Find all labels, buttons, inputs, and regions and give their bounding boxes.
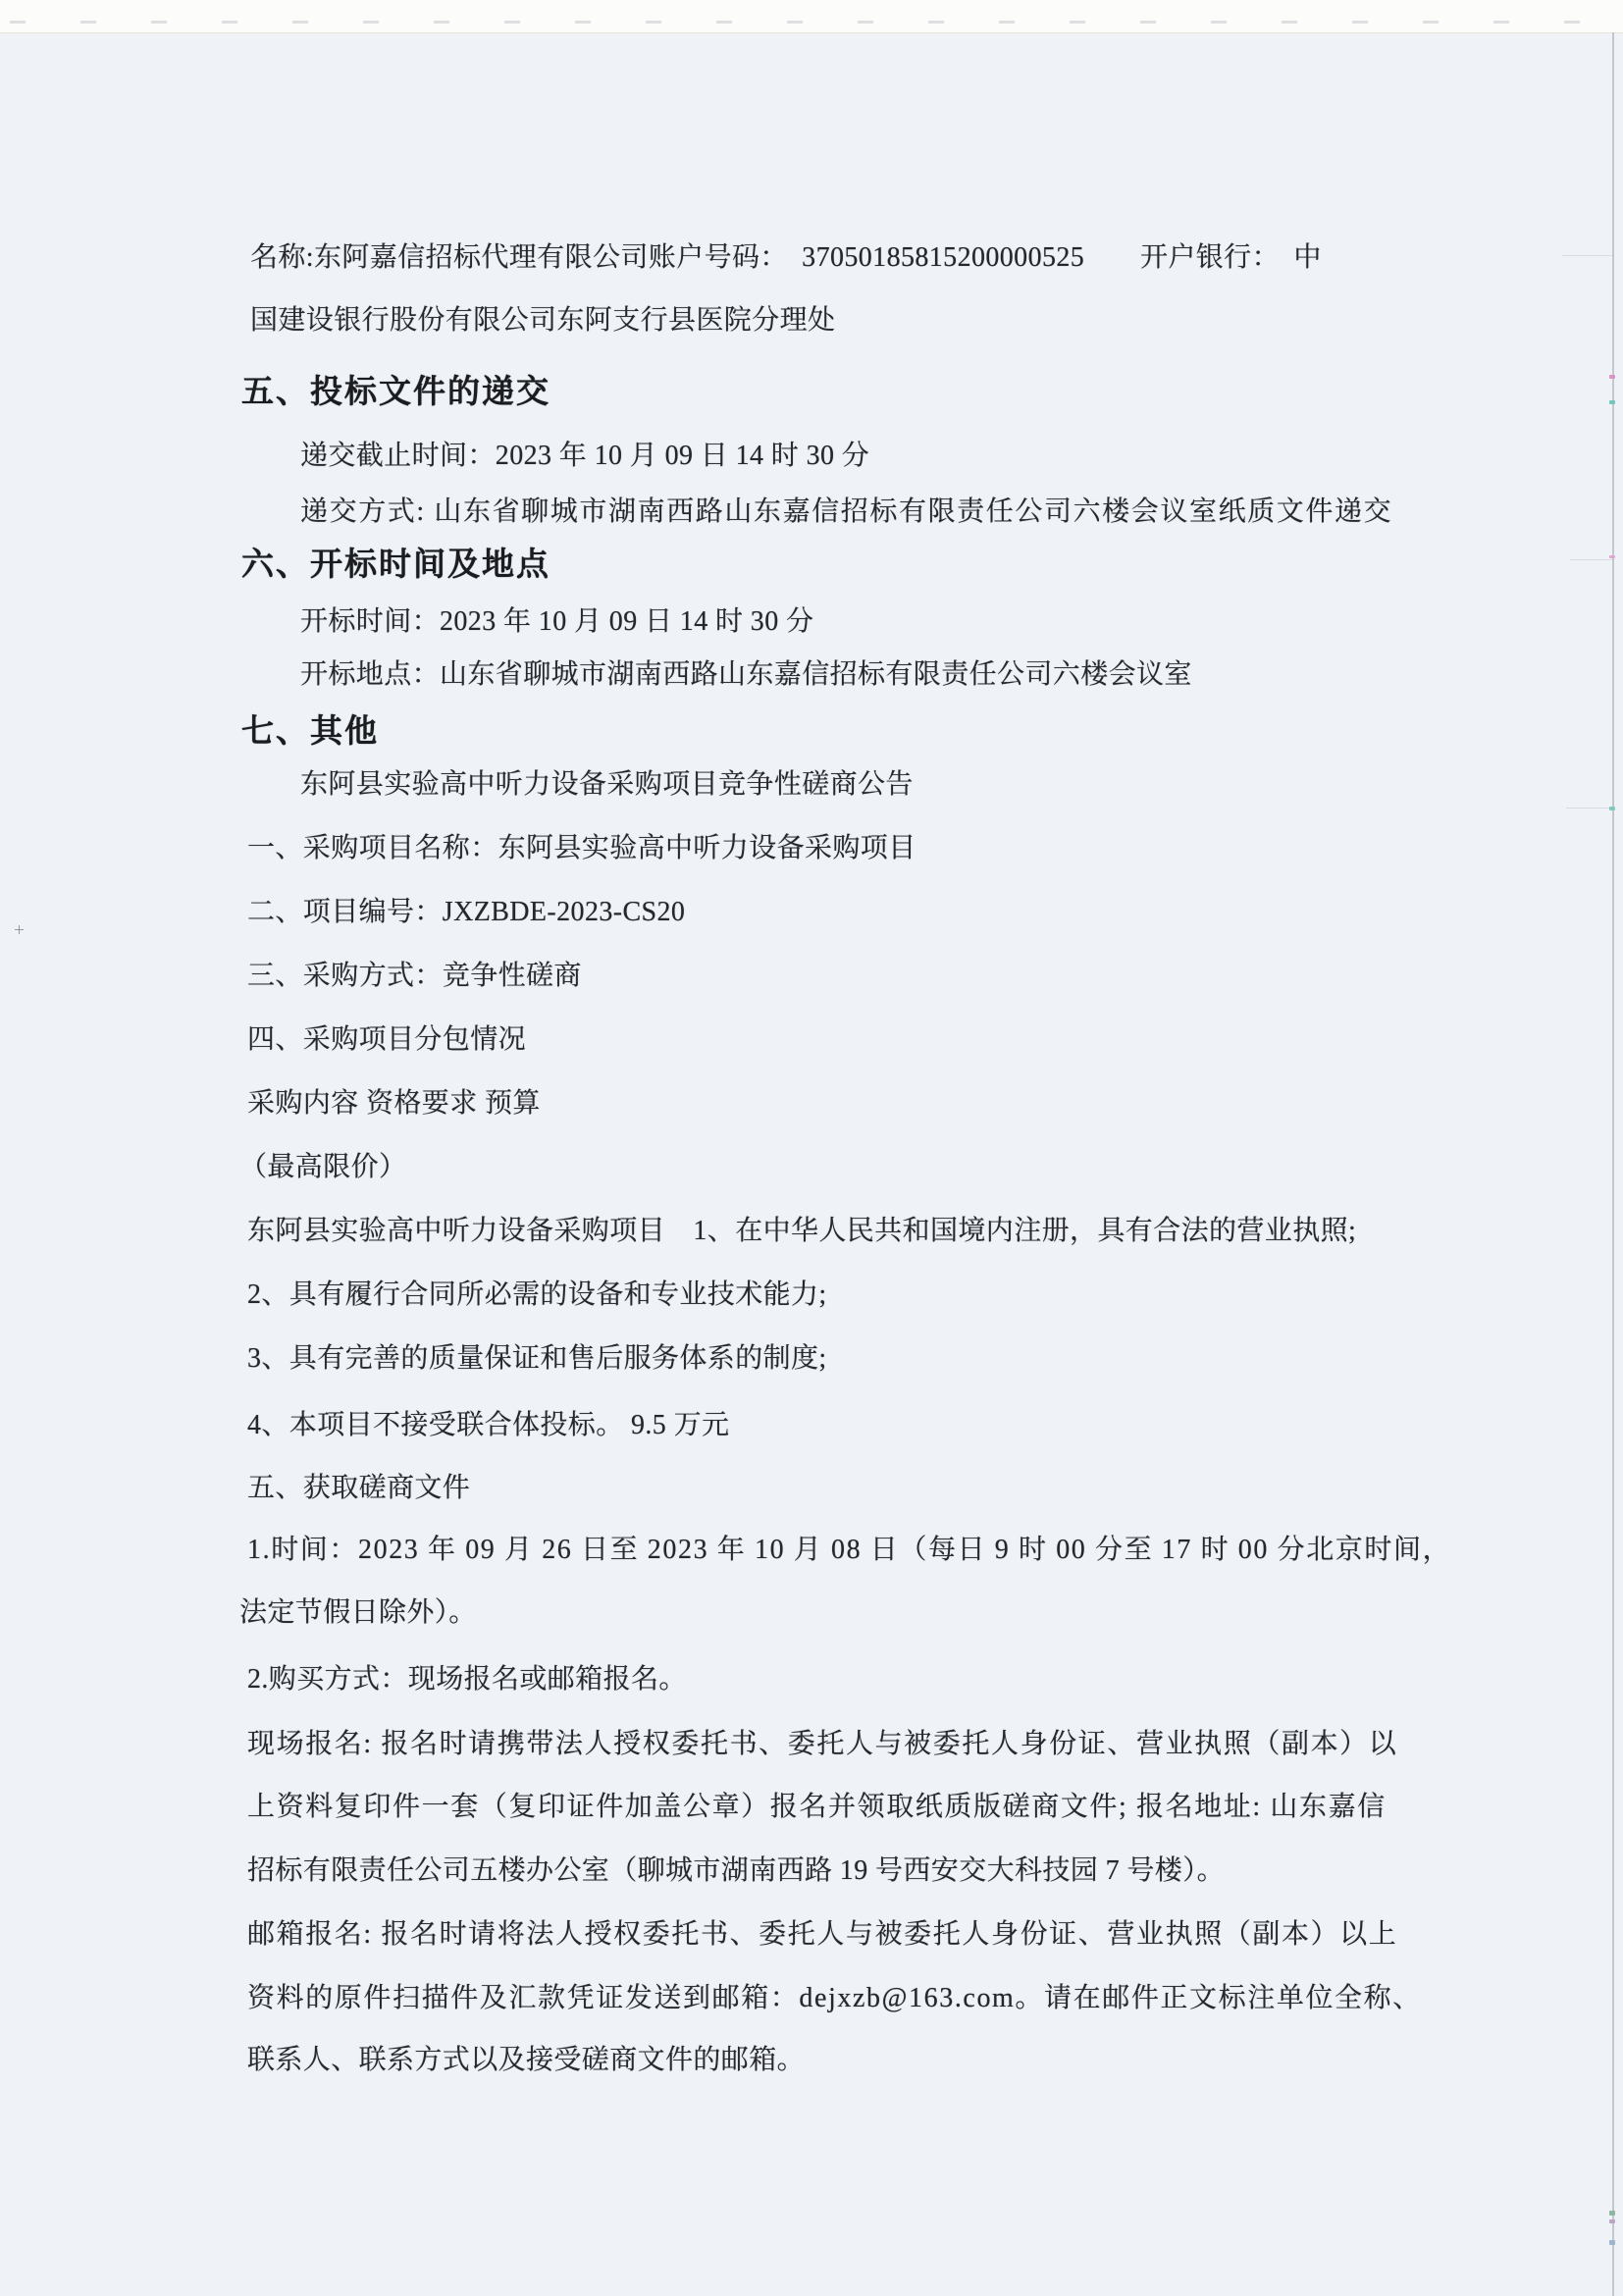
line-email-registration-cont-1: 资料的原件扫描件及汇款凭证发送到邮箱：dejxzb@163.com。请在邮件正文… (247, 1978, 1422, 2019)
scan-artifact-plus (15, 929, 24, 930)
heading-other: 七、其他 (241, 709, 379, 755)
heading-bid-opening: 六、开标时间及地点 (241, 543, 550, 588)
line-submission-deadline: 递交截止时间：2023 年 10 月 09 日 14 时 30 分 (300, 436, 869, 477)
line-email-registration: 邮箱报名: 报名时请将法人授权委托书、委托人与被委托人身份证、营业执照（副本）以… (247, 1914, 1397, 1956)
line-max-price: （最高限价） (239, 1147, 406, 1188)
line-project-number: 二、项目编号：JXZBDE-2023-CS20 (247, 892, 685, 933)
line-document-time: 1.时间：2023 年 09 月 26 日至 2023 年 10 月 08 日（… (247, 1530, 1451, 1571)
line-requirement-3: 3、具有完善的质量保证和售后服务体系的制度; (247, 1338, 827, 1380)
scan-artifact-tick (1609, 400, 1615, 404)
line-opening-place: 开标地点：山东省聊城市湖南西路山东嘉信招标有限责任公司六楼会议室 (300, 654, 1192, 696)
line-email-registration-cont-2: 联系人、联系方式以及接受磋商文件的邮箱。 (247, 2040, 805, 2081)
line-requirement-4-budget: 4、本项目不接受联合体投标。 9.5 万元 (247, 1405, 729, 1446)
line-lot-requirement-1: 东阿县实验高中听力设备采购项目 1、在中华人民共和国境内注册，具有合法的营业执照… (247, 1211, 1356, 1252)
line-bank-branch: 国建设银行股份有限公司东阿支行县医院分理处 (250, 300, 835, 341)
line-procurement-method: 三、采购方式：竞争性磋商 (247, 956, 582, 997)
scan-artifact-tick (1609, 2219, 1615, 2223)
scan-artifact-tick (1609, 2240, 1615, 2245)
line-document-time-cont: 法定节假日除外）。 (239, 1592, 477, 1634)
line-project-name: 一、采购项目名称：东阿县实验高中听力设备采购项目 (247, 828, 916, 869)
line-purchase-method: 2.购买方式：现场报名或邮箱报名。 (247, 1659, 687, 1700)
line-table-headers: 采购内容 资格要求 预算 (247, 1083, 541, 1124)
line-submission-method: 递交方式: 山东省聊城市湖南西路山东嘉信招标有限责任公司六楼会议室纸质文件递交 (300, 492, 1392, 533)
heading-bid-submission: 五、投标文件的递交 (241, 370, 550, 415)
line-onsite-registration-cont-2: 招标有限责任公司五楼办公室（聊城市湖南西路 19 号西安交大科技园 7 号楼）。 (247, 1851, 1225, 1892)
line-opening-time: 开标时间：2023 年 10 月 09 日 14 时 30 分 (300, 601, 813, 643)
scan-artifact-hairline (1566, 808, 1613, 809)
scan-artifact-dashes (10, 21, 1609, 24)
scan-artifact-hairline (1570, 559, 1613, 560)
line-account-info: 名称:东阿嘉信招标代理有限公司账户号码： 3705018581520000052… (250, 237, 1322, 279)
line-get-documents-heading: 五、获取磋商文件 (247, 1468, 470, 1509)
line-onsite-registration: 现场报名: 报名时请携带法人授权委托书、委托人与被委托人身份证、营业执照（副本）… (247, 1724, 1397, 1765)
scan-artifact-tick (1609, 375, 1615, 379)
scan-top-strip (0, 0, 1623, 32)
scan-artifact-tick (1609, 2211, 1615, 2216)
scan-edge-line (1612, 32, 1614, 2296)
scan-artifact-hairline (1562, 255, 1613, 256)
line-requirement-2: 2、具有履行合同所必需的设备和专业技术能力; (247, 1275, 827, 1316)
scan-artifact-tick (1609, 555, 1615, 558)
line-announcement-title: 东阿县实验高中听力设备采购项目竞争性磋商公告 (300, 764, 914, 806)
line-lot-division: 四、采购项目分包情况 (247, 1019, 526, 1061)
line-onsite-registration-cont-1: 上资料复印件一套（复印证件加盖公章）报名并领取纸质版磋商文件; 报名地址: 山东… (247, 1787, 1387, 1828)
